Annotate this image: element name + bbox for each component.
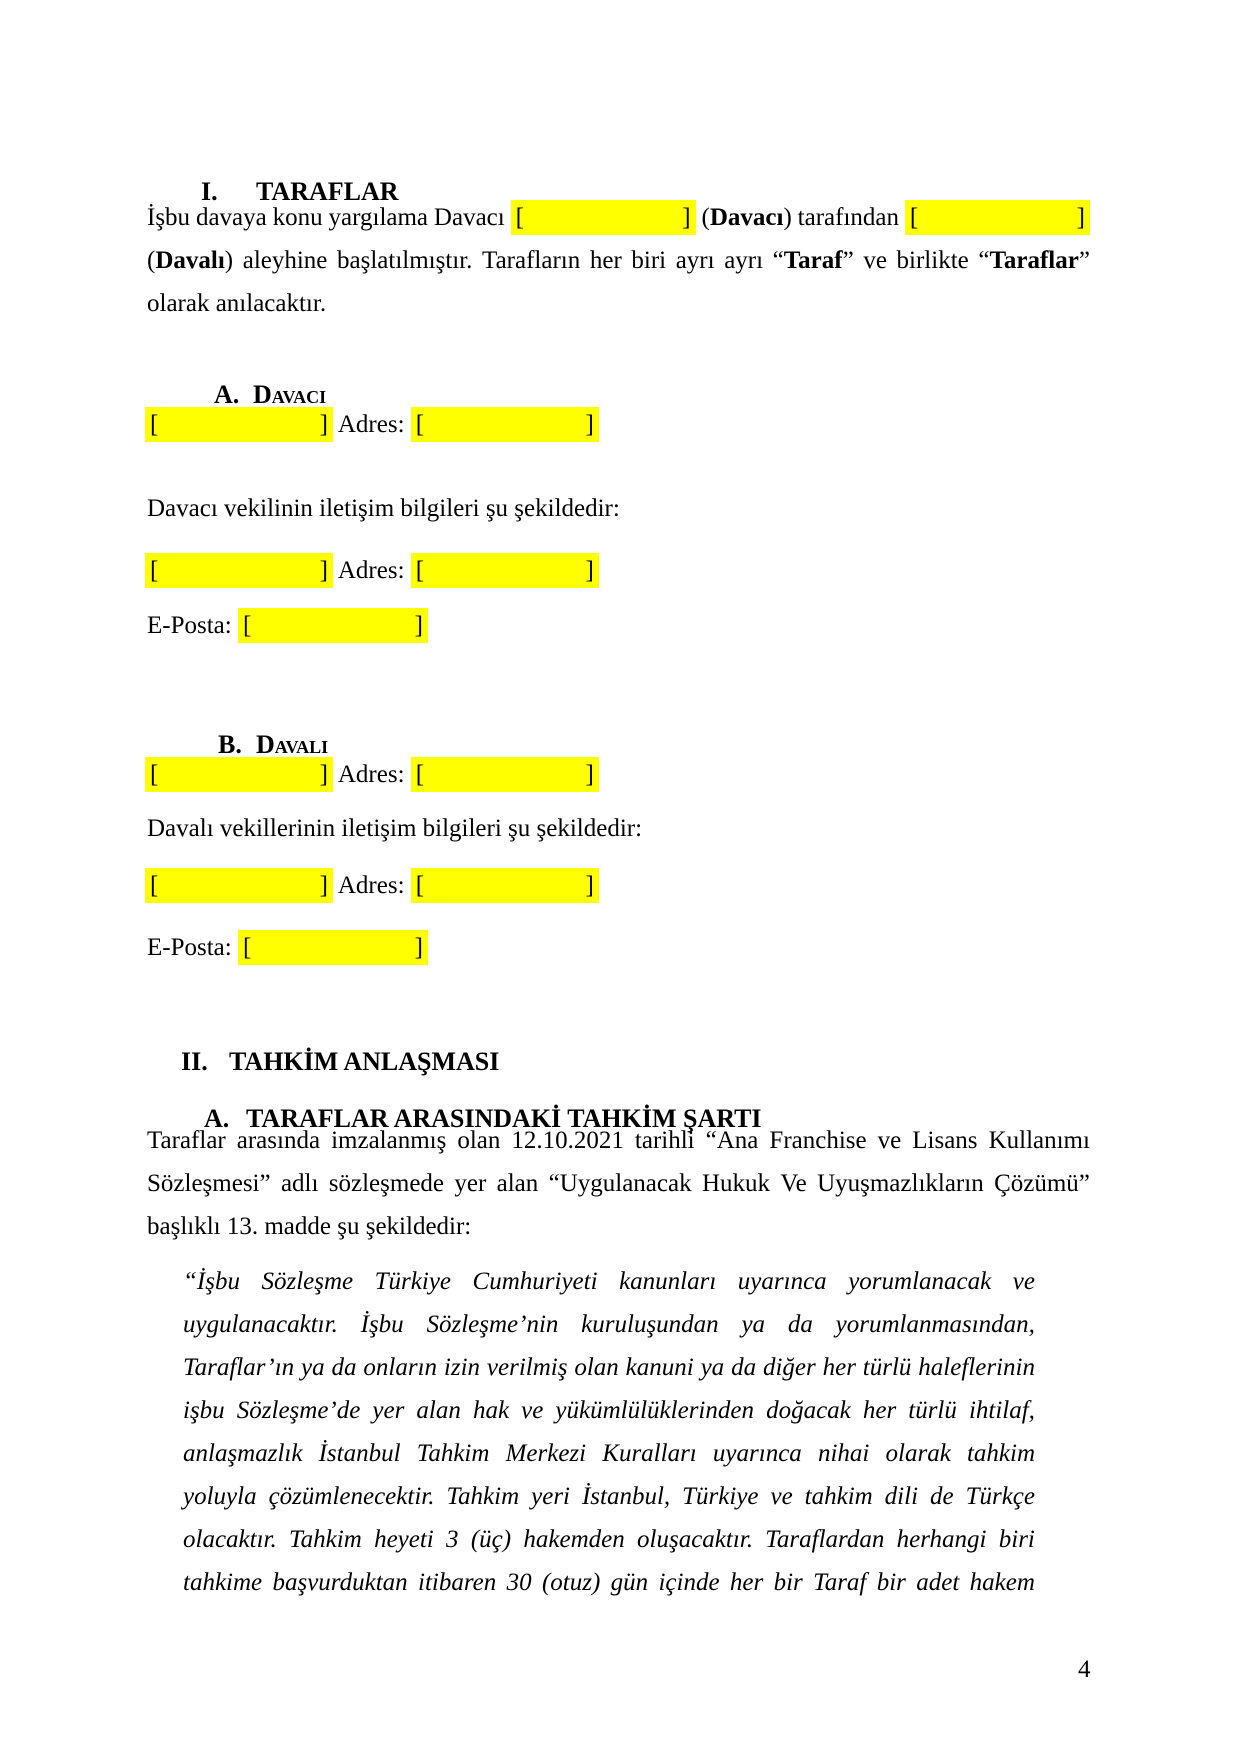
text-run: İstanbul,: [582, 1483, 670, 1510]
highlight-redaction: []: [905, 200, 1090, 235]
word: 30: [507, 1561, 532, 1604]
open-bracket: [: [150, 757, 158, 792]
text-run: Lisans: [912, 1127, 977, 1154]
word: “İşbu: [183, 1260, 240, 1303]
text-run: ve: [878, 1127, 902, 1154]
word: adet: [916, 1561, 959, 1604]
arbitration-clause-quote: “İşbuSözleşmeTürkiyeCumhuriyetikanunları…: [183, 1260, 1035, 1604]
word: tahkim: [805, 1475, 873, 1518]
word: İşbu: [361, 1303, 404, 1346]
text-run: İstanbul: [319, 1440, 401, 1467]
text-run: davaya: [196, 204, 267, 231]
highlight-redaction: []: [145, 868, 333, 903]
text-run: konu: [273, 204, 323, 231]
text-run: alan: [416, 1397, 460, 1424]
word: 12.10.2021: [511, 1119, 624, 1162]
text-run: Türkiye: [682, 1483, 758, 1510]
word: ve: [878, 1119, 902, 1162]
text-run: 12.10.2021: [511, 1127, 624, 1154]
highlight-redaction: []: [145, 757, 333, 792]
word: arasında: [237, 1119, 320, 1162]
close-bracket: ]: [320, 868, 328, 903]
close-bracket: ]: [682, 200, 690, 235]
word: hakem: [970, 1561, 1035, 1604]
word: Lisans: [912, 1119, 977, 1162]
text-line: başlıklı 13. madde şu şekildedir:: [147, 1205, 1090, 1248]
word: biri: [999, 1518, 1035, 1561]
word: uyarınca: [738, 1260, 827, 1303]
word: türlü: [863, 1346, 912, 1389]
word: Taraf: [813, 1561, 866, 1604]
text-line: (Davalı)aleyhinebaşlatılmıştır.Tarafları…: [147, 239, 1090, 282]
open-bracket: [: [150, 553, 158, 588]
text-run: adlı: [281, 1170, 319, 1197]
text-run: da: [731, 1354, 756, 1381]
word: Ve: [780, 1162, 806, 1205]
text-run: ve: [863, 247, 887, 274]
word: yorumlanacak: [848, 1260, 991, 1303]
text-run: olan: [574, 1354, 618, 1381]
text-run: (üç): [471, 1526, 511, 1553]
word: tahkime: [183, 1561, 262, 1604]
text-run: her: [863, 1397, 896, 1424]
text-run: kanunları: [619, 1268, 716, 1295]
text-run: Çözümü”: [994, 1170, 1090, 1197]
word: imzalanmış: [331, 1119, 446, 1162]
text-run: yoluyla: [183, 1483, 257, 1510]
text-run: Türkiye: [375, 1268, 451, 1295]
word: oluşacaktır.: [637, 1518, 753, 1561]
open-bracket: [: [416, 757, 424, 792]
word: Sözleşme’nin: [426, 1303, 558, 1346]
word: Hukuk: [702, 1162, 770, 1205]
text-run: de: [930, 1483, 954, 1510]
text-line: [] Adres: []: [145, 753, 599, 796]
text-run: nihai: [818, 1440, 869, 1467]
word: birlikte: [897, 239, 969, 282]
word: Taraflar: [147, 1119, 226, 1162]
word: her: [823, 1346, 856, 1389]
word: İşbu: [147, 196, 190, 239]
text-run: Taraf: [813, 1569, 866, 1596]
text-run: ya: [301, 1354, 325, 1381]
word: Franchise: [769, 1119, 866, 1162]
word: []: [905, 196, 1090, 239]
word: olacaktır.: [183, 1518, 277, 1561]
open-bracket: [: [516, 200, 524, 235]
text-run: adet: [916, 1569, 959, 1596]
word: çözümlenecektir.: [269, 1475, 435, 1518]
word: her: [590, 239, 622, 282]
text-run: 30: [507, 1569, 532, 1596]
text-run: Adres:: [333, 557, 411, 584]
text-run: türlü: [863, 1354, 912, 1381]
word: Tahkim: [289, 1518, 362, 1561]
word: içinde: [658, 1561, 719, 1604]
text-run: Merkezi: [506, 1440, 587, 1467]
text-line: [] Adres: []: [145, 864, 599, 907]
word: Merkezi: [506, 1432, 587, 1475]
text-run: İşbu: [147, 204, 190, 231]
word: onların: [363, 1346, 437, 1389]
word: ihtilaf,: [969, 1389, 1035, 1432]
text-run: olan: [457, 1127, 500, 1154]
text-line: [] Adres: []: [145, 403, 599, 446]
word: Taraflar’ın: [183, 1346, 294, 1389]
word: kanunları: [619, 1260, 716, 1303]
word: sözleşmede: [329, 1162, 444, 1205]
word: (otuz): [542, 1561, 600, 1604]
word: herhangi: [897, 1518, 987, 1561]
word: yargılama: [329, 196, 429, 239]
text-run: onların: [363, 1354, 437, 1381]
close-bracket: ]: [320, 553, 328, 588]
text-run: (: [702, 204, 710, 231]
text-line: tahkimebaşvurduktanitibaren30(otuz)güniç…: [183, 1561, 1035, 1604]
text-line: E-Posta: []: [147, 604, 428, 647]
text-run: Uyuşmazlıkların: [817, 1170, 984, 1197]
word: Türkçe: [966, 1475, 1035, 1518]
word: her: [863, 1389, 896, 1432]
word: ve: [521, 1389, 543, 1432]
text-run: Adres:: [333, 872, 411, 899]
text-run: arasında: [237, 1127, 320, 1154]
word: yükümlülüklerinden: [555, 1389, 754, 1432]
text-run: biri: [999, 1526, 1035, 1553]
word: hak: [473, 1389, 509, 1432]
word: işbu: [183, 1389, 225, 1432]
text-run: “Ana: [706, 1127, 759, 1154]
text-run: olacaktır.: [183, 1526, 277, 1553]
text-run: yeri: [531, 1483, 570, 1510]
text-run: içinde: [658, 1569, 719, 1596]
word: []: [511, 196, 696, 239]
word: yoluyla: [183, 1475, 257, 1518]
plaintiff-counsel-address-line: [] Adres: []: [145, 549, 599, 592]
text-run: Adres:: [333, 411, 411, 438]
word: yeri: [531, 1475, 570, 1518]
word: “Ana: [706, 1119, 759, 1162]
text-run: olarak anılacaktır.: [147, 290, 326, 317]
text-line: yoluylaçözümlenecektir.Tahkimyeriİstanbu…: [183, 1475, 1035, 1518]
word: Kullanımı: [989, 1119, 1090, 1162]
page-number: 4: [1078, 1648, 1091, 1691]
text-run: Sözleşmesi”: [147, 1170, 271, 1197]
text-run: herhangi: [897, 1526, 987, 1553]
word: verilmiş: [487, 1346, 568, 1389]
word: tarihli: [635, 1119, 695, 1162]
word: (Davacı): [702, 196, 792, 239]
defendant-email-line: E-Posta: []: [147, 926, 428, 969]
text-run: bir: [877, 1569, 906, 1596]
text-run: ”: [1079, 247, 1090, 274]
word: Sözleşme’de: [237, 1389, 361, 1432]
intro-paragraph: İşbudavayakonuyargılamaDavacı[](Davacı)t…: [147, 196, 1090, 325]
arbitration-clause-paragraph: Taraflararasındaimzalanmışolan12.10.2021…: [147, 1119, 1090, 1248]
word: türlü: [908, 1389, 957, 1432]
word: ve: [1013, 1260, 1035, 1303]
text-run: Davacı: [434, 204, 505, 231]
text-run: kanuni: [626, 1354, 694, 1381]
text-run: aleyhine: [243, 247, 328, 274]
text-run: ve: [1013, 1268, 1035, 1295]
text-run: Davacı vekilinin iletişim bilgileri şu ş…: [147, 495, 620, 522]
text-run: itibaren: [418, 1569, 496, 1596]
text-run: izin: [444, 1354, 480, 1381]
text-run: her: [823, 1354, 856, 1381]
word: ve: [863, 239, 887, 282]
text-run: anlaşmazlık: [183, 1440, 302, 1467]
text-run: tahkime: [183, 1569, 262, 1596]
word: bir: [774, 1561, 803, 1604]
text-run: İşbu: [361, 1311, 404, 1338]
text-run: ihtilaf,: [969, 1397, 1035, 1424]
text-run: haleflerinin: [918, 1354, 1035, 1381]
word: bir: [877, 1561, 906, 1604]
close-bracket: ]: [320, 757, 328, 792]
text-run: Tahkim: [446, 1483, 519, 1510]
word: yer: [372, 1389, 404, 1432]
text-line: uygulanacaktır.İşbuSözleşme’ninkuruluşun…: [183, 1303, 1035, 1346]
text-run: “: [773, 247, 784, 274]
word: Tahkim: [417, 1432, 490, 1475]
word: heyeti: [374, 1518, 434, 1561]
close-bracket: ]: [585, 757, 593, 792]
open-bracket: [: [150, 407, 158, 442]
text-run: Kuralları: [602, 1440, 696, 1467]
word: Kuralları: [602, 1432, 696, 1475]
word: diğer: [763, 1346, 816, 1389]
text-run: Taraflardan: [765, 1526, 884, 1553]
word: nihai: [818, 1432, 869, 1475]
defendant-counsel-intro-line: Davalı vekillerinin iletişim bilgileri ş…: [147, 807, 642, 850]
text-run: yorumlanmasından,: [836, 1311, 1035, 1338]
text-run: Davalı: [155, 247, 224, 274]
text-run: “İşbu: [183, 1268, 240, 1295]
text-run: bir: [774, 1569, 803, 1596]
text-run: ve: [521, 1397, 543, 1424]
word: Taraflardan: [765, 1518, 884, 1561]
text-line: İşbudavayakonuyargılamaDavacı[](Davacı)t…: [147, 196, 1090, 239]
highlight-redaction: []: [411, 757, 599, 792]
close-bracket: ]: [585, 407, 593, 442]
word: ve: [770, 1475, 792, 1518]
text-run: Tahkim: [417, 1440, 490, 1467]
text-run: tahkim: [805, 1483, 873, 1510]
word: aleyhine: [243, 239, 328, 282]
text-run: imzalanmış: [331, 1127, 446, 1154]
word: haleflerinin: [918, 1346, 1035, 1389]
word: tarafından: [798, 196, 899, 239]
text-line: Davacı vekilinin iletişim bilgileri şu ş…: [147, 487, 620, 530]
word: (Davalı): [147, 239, 233, 282]
text-run: başvurduktan: [272, 1569, 407, 1596]
highlight-redaction: []: [511, 200, 696, 235]
text-run: tarihli: [635, 1127, 695, 1154]
text-run: yargılama: [329, 204, 429, 231]
plaintiff-email-line: E-Posta: []: [147, 604, 428, 647]
word: başvurduktan: [272, 1561, 407, 1604]
word: biri: [631, 239, 666, 282]
word: Uyuşmazlıkların: [817, 1162, 984, 1205]
word: davaya: [196, 196, 267, 239]
text-run: Taraf: [784, 247, 843, 274]
text-run: biri: [631, 247, 666, 274]
text-run: Ve: [780, 1170, 806, 1197]
highlight-redaction: []: [145, 553, 333, 588]
word: Tahkim: [446, 1475, 519, 1518]
defendant-name-address-line: [] Adres: []: [145, 753, 599, 796]
word: doğacak: [766, 1389, 851, 1432]
text-run: ”: [843, 247, 854, 274]
word: (üç): [471, 1518, 511, 1561]
text-run: yükümlülüklerinden: [555, 1397, 754, 1424]
word: yorumlanmasından,: [836, 1303, 1035, 1346]
text-run: doğacak: [766, 1397, 851, 1424]
close-bracket: ]: [415, 930, 423, 965]
text-run: Taraflar: [989, 247, 1078, 274]
text-line: işbuSözleşme’deyeralanhakveyükümlülükler…: [183, 1389, 1035, 1432]
word: gün: [611, 1561, 649, 1604]
word: de: [930, 1475, 954, 1518]
text-run: “: [978, 247, 989, 274]
text-run: yer: [372, 1397, 404, 1424]
text-run: Tahkim: [289, 1526, 362, 1553]
text-run: Cumhuriyeti: [473, 1268, 598, 1295]
text-run: da: [332, 1354, 357, 1381]
text-run: Taraflar’ın: [183, 1354, 294, 1381]
highlight-redaction: []: [411, 553, 599, 588]
text-run: ya: [741, 1311, 765, 1338]
text-run: birlikte: [897, 247, 969, 274]
word: ayrı: [724, 239, 763, 282]
open-bracket: [: [910, 200, 918, 235]
word: Cumhuriyeti: [473, 1260, 598, 1303]
text-run: alan: [497, 1170, 539, 1197]
word: itibaren: [418, 1561, 496, 1604]
word: her: [730, 1561, 763, 1604]
word: olan: [457, 1119, 500, 1162]
text-run: ve: [770, 1483, 792, 1510]
word: Türkiye: [375, 1260, 451, 1303]
text-line: “İşbuSözleşmeTürkiyeCumhuriyetikanunları…: [183, 1260, 1035, 1303]
close-bracket: ]: [320, 407, 328, 442]
text-run: oluşacaktır.: [637, 1526, 753, 1553]
defendant-counsel-address-line: [] Adres: []: [145, 864, 599, 907]
text-run: ): [783, 204, 791, 231]
word: kuruluşundan: [581, 1303, 719, 1346]
text-run: olarak: [886, 1440, 951, 1467]
text-run: uyarınca: [713, 1440, 802, 1467]
text-run: gün: [611, 1569, 649, 1596]
close-bracket: ]: [585, 868, 593, 903]
text-run: her: [590, 247, 622, 274]
text-line: olarak anılacaktır.: [147, 282, 1090, 325]
highlight-redaction: []: [238, 608, 428, 643]
highlight-redaction: []: [145, 407, 333, 442]
highlight-redaction: []: [238, 930, 428, 965]
word: başlatılmıştır.: [337, 239, 472, 282]
word: “Taraf”: [773, 239, 854, 282]
word: kanuni: [626, 1346, 694, 1389]
word: adlı: [281, 1162, 319, 1205]
open-bracket: [: [243, 608, 251, 643]
word: anlaşmazlık: [183, 1432, 302, 1475]
text-run: işbu: [183, 1397, 225, 1424]
text-run: başlatılmıştır.: [337, 247, 472, 274]
word: da: [731, 1346, 756, 1389]
word: ya: [701, 1346, 725, 1389]
word: izin: [444, 1346, 480, 1389]
word: hakemden: [523, 1518, 624, 1561]
text-run: hak: [473, 1397, 509, 1424]
plaintiff-counsel-intro-line: Davacı vekilinin iletişim bilgileri şu ş…: [147, 487, 620, 530]
text-run: Hukuk: [702, 1170, 770, 1197]
word: Çözümü”: [994, 1162, 1090, 1205]
text-run: Tarafların: [482, 247, 580, 274]
close-bracket: ]: [585, 553, 593, 588]
word: dili: [885, 1475, 918, 1518]
text-run: Taraflar: [147, 1127, 226, 1154]
text-run: (otuz): [542, 1569, 600, 1596]
word: Türkiye: [682, 1475, 758, 1518]
word: Davacı: [434, 196, 505, 239]
word: İstanbul: [319, 1432, 401, 1475]
text-line: E-Posta: []: [147, 926, 428, 969]
text-run: uyarınca: [738, 1268, 827, 1295]
word: “Uygulanacak: [549, 1162, 692, 1205]
word: 3: [446, 1518, 459, 1561]
text-run: diğer: [763, 1354, 816, 1381]
text-run: E-Posta:: [147, 934, 238, 961]
text-run: Davalı vekillerinin iletişim bilgileri ş…: [147, 815, 642, 842]
open-bracket: [: [416, 553, 424, 588]
text-run: Davacı: [710, 204, 784, 231]
text-run: da: [788, 1311, 813, 1338]
text-run: yorumlanacak: [848, 1268, 991, 1295]
highlight-redaction: []: [411, 407, 599, 442]
word: tahkim: [967, 1432, 1035, 1475]
word: da: [332, 1346, 357, 1389]
text-line: anlaşmazlıkİstanbulTahkimMerkeziKurallar…: [183, 1432, 1035, 1475]
text-run: Kullanımı: [989, 1127, 1090, 1154]
word: Sözleşme: [261, 1260, 353, 1303]
word: “Taraflar”: [978, 239, 1090, 282]
text-run: türlü: [908, 1397, 957, 1424]
text-run: yer: [454, 1170, 486, 1197]
highlight-redaction: []: [411, 868, 599, 903]
text-run: E-Posta:: [147, 612, 238, 639]
word: da: [788, 1303, 813, 1346]
text-run: verilmiş: [487, 1354, 568, 1381]
text-run: tahkim: [967, 1440, 1035, 1467]
text-run: ya: [701, 1354, 725, 1381]
plaintiff-name-address-line: [] Adres: []: [145, 403, 599, 446]
word: uyarınca: [713, 1432, 802, 1475]
word: ya: [301, 1346, 325, 1389]
text-run: ayrı: [724, 247, 763, 274]
open-bracket: [: [416, 868, 424, 903]
word: olarak: [886, 1432, 951, 1475]
text-run: hakemden: [523, 1526, 624, 1553]
text-line: Taraflar’ınyadaonlarınizinverilmişolanka…: [183, 1346, 1035, 1389]
word: Sözleşmesi”: [147, 1162, 271, 1205]
text-run: Adres:: [333, 761, 411, 788]
text-run: Sözleşme: [261, 1268, 353, 1295]
word: konu: [273, 196, 323, 239]
word: olan: [574, 1346, 618, 1389]
word: Tarafların: [482, 239, 580, 282]
